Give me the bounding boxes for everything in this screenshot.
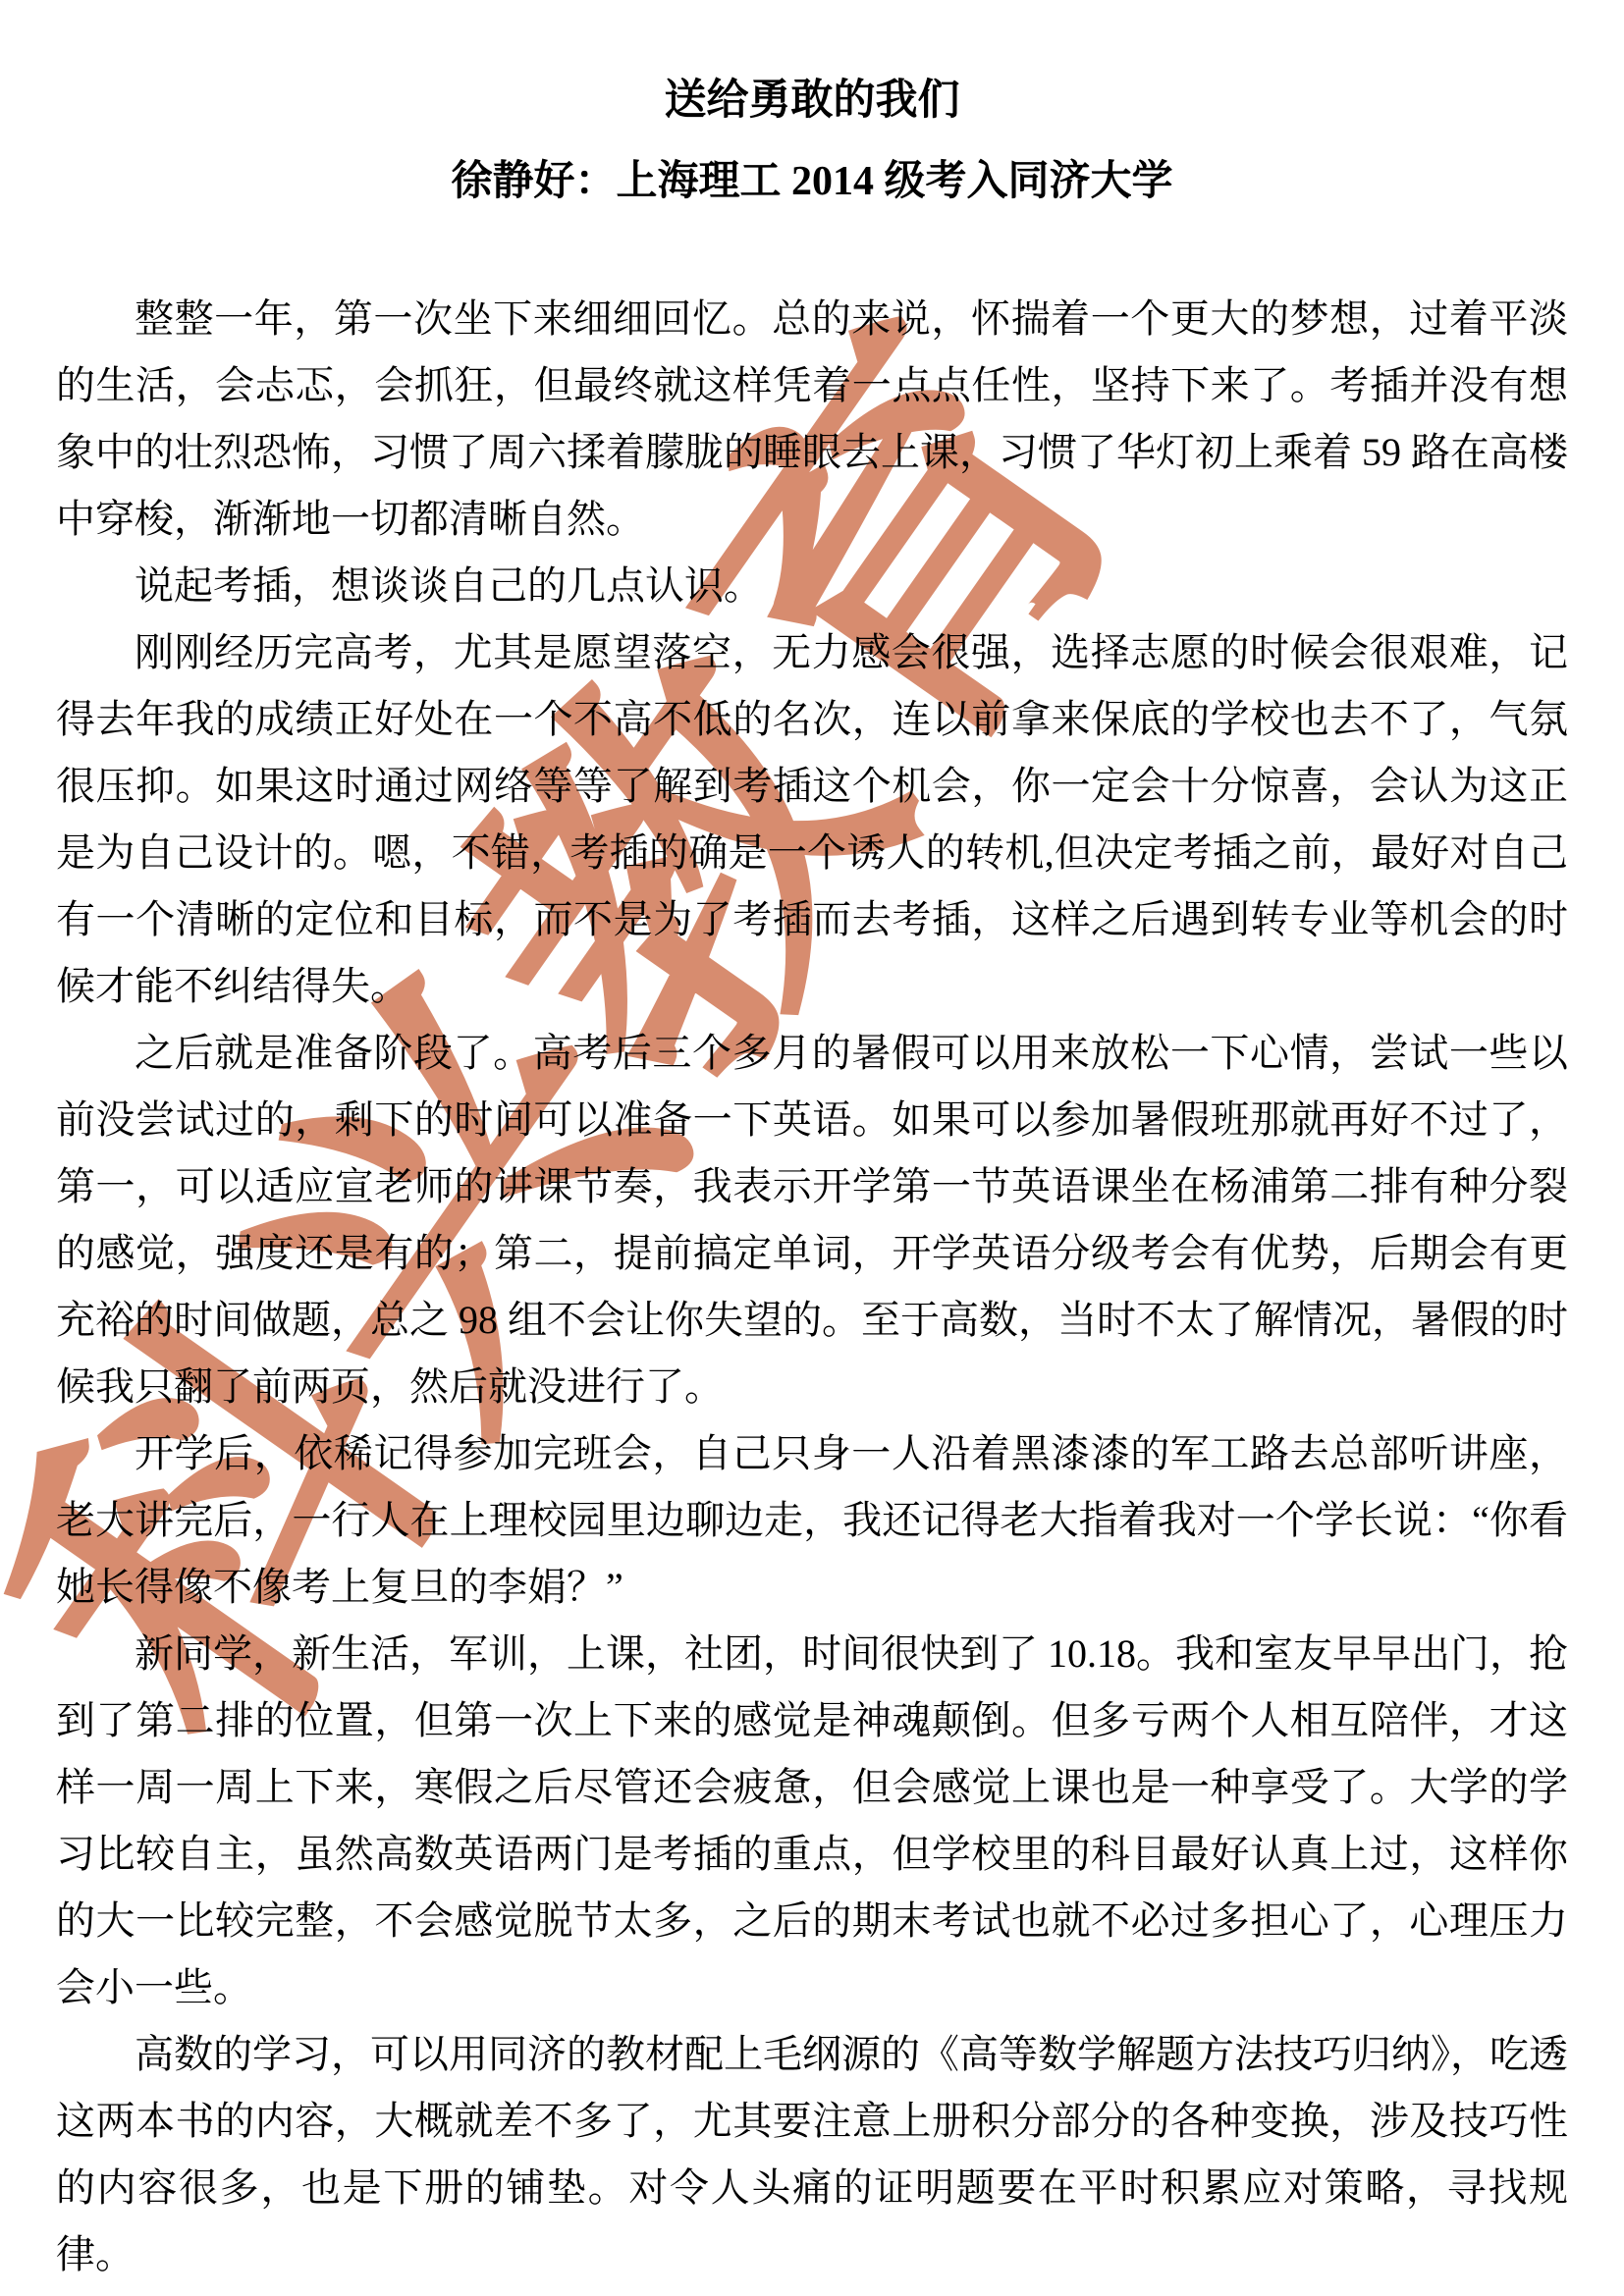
document-subtitle: 徐静好：上海理工 2014 级考入同济大学 xyxy=(56,154,1568,209)
document-title: 送给勇敢的我们 xyxy=(56,74,1568,129)
paragraph: 之后就是准备阶段了。高考后三个多月的暑假可以用来放松一下心情，尝试一些以前没尝试… xyxy=(56,1020,1568,1420)
paragraph: 刚刚经历完高考，尤其是愿望落空，无力感会很强，选择志愿的时候会很艰难，记得去年我… xyxy=(56,619,1568,1020)
paragraph: 开学后，依稀记得参加完班会，自己只身一人沿着黑漆漆的军工路去总部听讲座，老大讲完… xyxy=(56,1420,1568,1621)
document-page: 科兴教育 送给勇敢的我们 徐静好：上海理工 2014 级考入同济大学 整整一年，… xyxy=(0,0,1624,2296)
document-content: 送给勇敢的我们 徐静好：上海理工 2014 级考入同济大学 整整一年，第一次坐下… xyxy=(56,74,1568,2288)
paragraph: 新同学，新生活，军训，上课，社团，时间很快到了 10.18。我和室友早早出门，抢… xyxy=(56,1621,1568,2021)
document-body: 整整一年，第一次坐下来细细回忆。总的来说，怀揣着一个更大的梦想，过着平淡的生活，… xyxy=(56,286,1568,2288)
paragraph: 整整一年，第一次坐下来细细回忆。总的来说，怀揣着一个更大的梦想，过着平淡的生活，… xyxy=(56,286,1568,553)
paragraph: 说起考插，想谈谈自己的几点认识。 xyxy=(56,553,1568,619)
paragraph: 高数的学习，可以用同济的教材配上毛纲源的《高等数学解题方法技巧归纳》，吃透这两本… xyxy=(56,2021,1568,2288)
